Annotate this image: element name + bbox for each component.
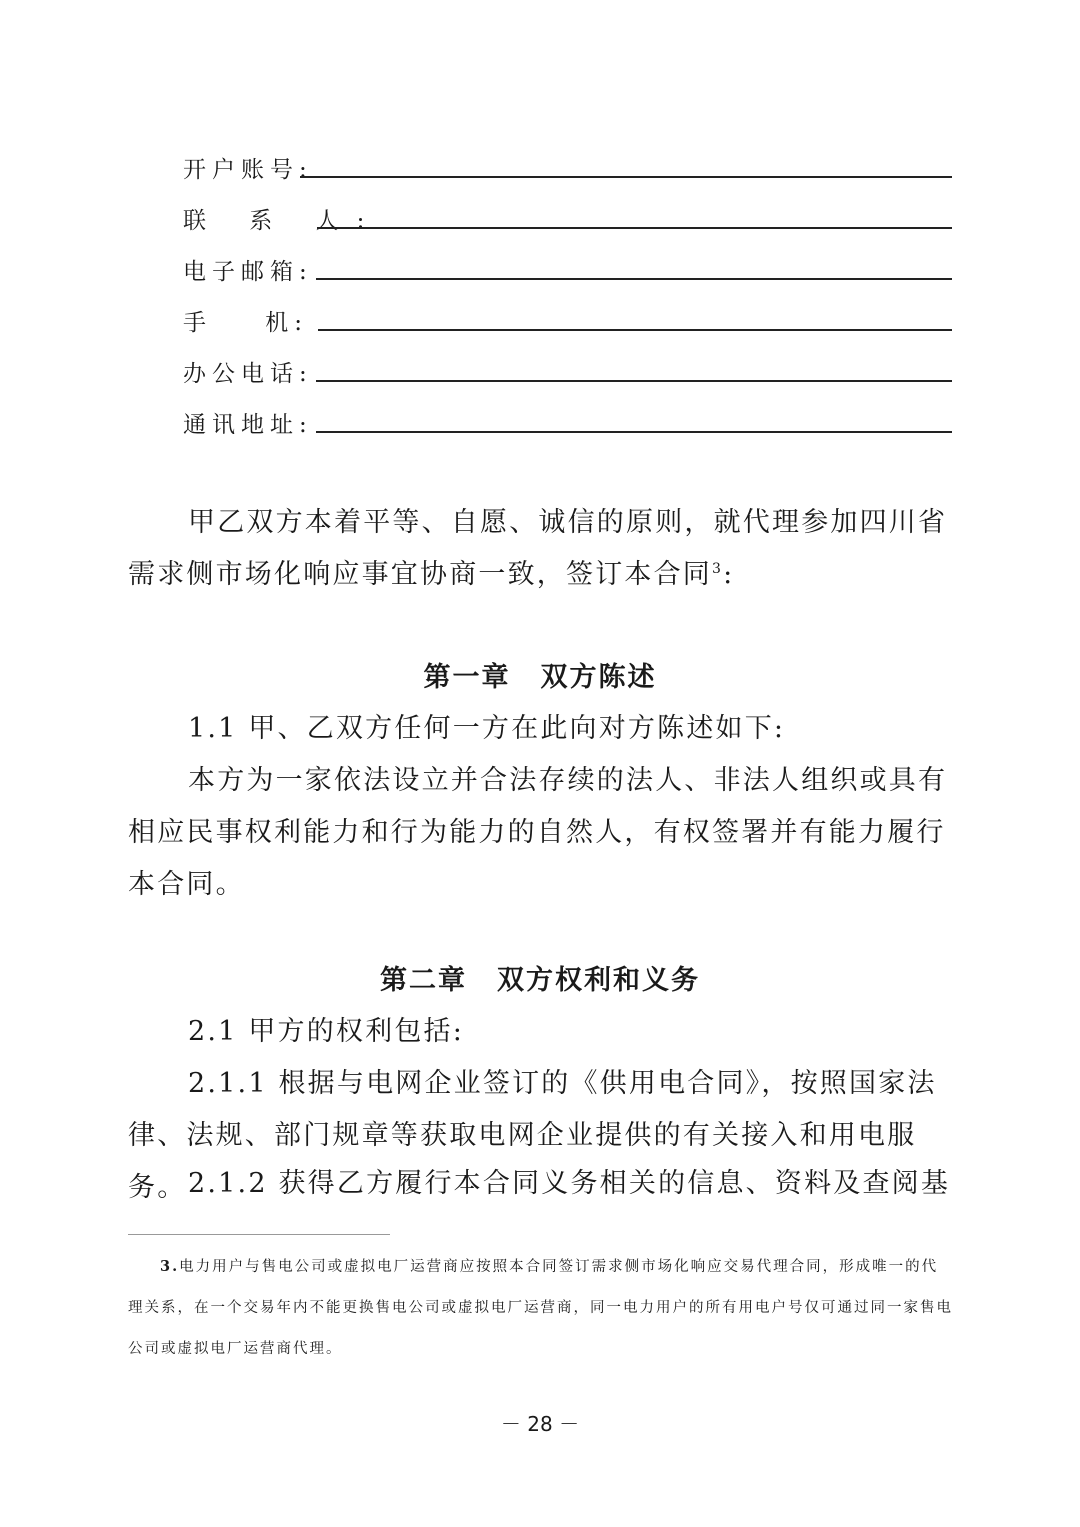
chapter-title: 双方陈述 <box>541 662 657 693</box>
office-phone-blank <box>316 380 952 382</box>
intro-paragraph: 甲乙双方本着平等、自愿、诚信的原则，就代理参加四川省需求侧市场化响应事宜协商一致… <box>128 497 953 601</box>
field-account-number: 开户账号: <box>183 145 313 185</box>
page-number: － 28 － <box>0 1408 1080 1437</box>
clause-2-1: 2.1 甲方的权利包括: <box>128 1006 953 1058</box>
chapter-1-heading: 第一章双方陈述 <box>0 655 1080 694</box>
mobile-blank <box>318 329 952 331</box>
footnote-text: 电力用户与售电公司或虚拟电厂运营商应按照本合同签订需求侧市场化响应交易代理合同，… <box>128 1259 953 1357</box>
clause-1-1-body: 本方为一家依法设立并合法存续的法人、非法人组织或具有相应民事权利能力和行为能力的… <box>128 755 953 911</box>
chapter-number: 第一章 <box>424 662 511 693</box>
field-label: 通讯地址: <box>183 410 313 440</box>
field-label: 手 机: <box>183 308 308 338</box>
field-label: 电子邮箱: <box>183 257 313 287</box>
account-number-blank <box>300 176 952 178</box>
email-blank <box>316 278 952 280</box>
clause-1-1: 1.1 甲、乙双方任何一方在此向对方陈述如下: <box>128 703 953 755</box>
footnote: 3.电力用户与售电公司或虚拟电厂运营商应按照本合同签订需求侧市场化响应交易代理合… <box>128 1246 953 1370</box>
field-mobile: 手 机: <box>183 298 308 338</box>
field-contact-person: 联 系 人: <box>183 196 382 236</box>
chapter-number: 第二章 <box>380 965 467 996</box>
field-label: 开户账号: <box>183 155 313 185</box>
contact-person-blank <box>317 227 952 229</box>
field-office-phone: 办公电话: <box>183 349 313 389</box>
chapter-2-heading: 第二章双方权利和义务 <box>0 958 1080 997</box>
footnote-divider <box>128 1234 390 1235</box>
field-email: 电子邮箱: <box>183 247 313 287</box>
chapter-title: 双方权利和义务 <box>497 965 700 996</box>
clause-2-1-2: 2.1.2 获得乙方履行本合同义务相关的信息、资料及查阅基 <box>128 1158 953 1210</box>
field-label: 办公电话: <box>183 359 313 389</box>
field-mailing-address: 通讯地址: <box>183 400 313 440</box>
field-label: 联 系 人: <box>183 206 382 236</box>
intro-text: 甲乙双方本着平等、自愿、诚信的原则，就代理参加四川省需求侧市场化响应事宜协商一致… <box>128 507 947 590</box>
intro-suffix: : <box>723 559 734 590</box>
footnote-number: 3. <box>160 1258 179 1275</box>
mailing-address-blank <box>316 431 952 433</box>
footnote-ref: 3 <box>712 561 723 577</box>
